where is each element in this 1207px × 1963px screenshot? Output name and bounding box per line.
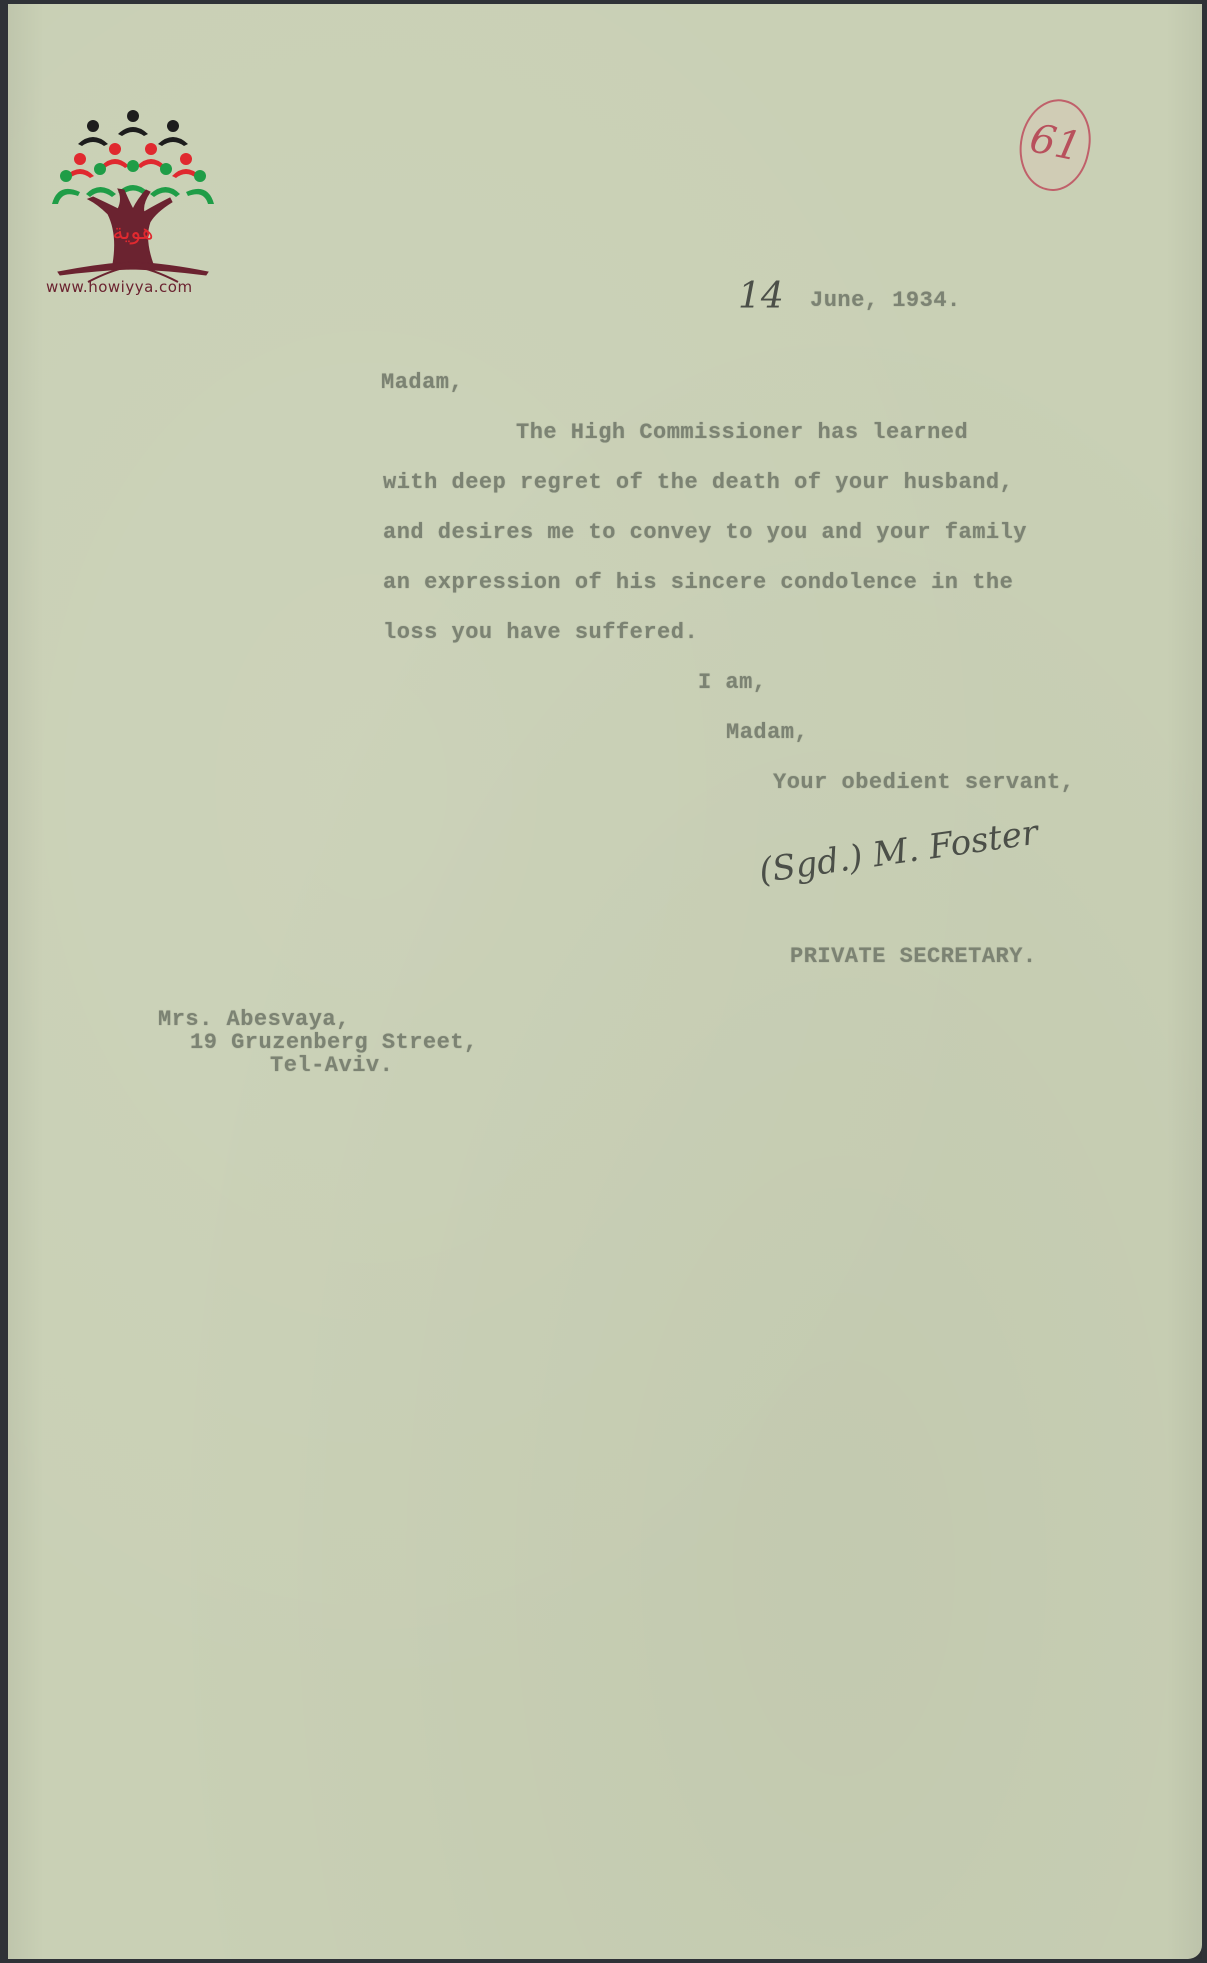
- svg-text:هوية: هوية: [113, 220, 154, 245]
- watermark-url: www.howiyya.com: [46, 278, 193, 296]
- signature: (Sgd.) M. Foster: [757, 813, 1041, 892]
- letter-date: June, 1934.: [810, 288, 961, 313]
- handwritten-day: 14: [738, 276, 784, 317]
- document-page: هوية www.howiyya.com 61 14 June, 1934. M…: [8, 4, 1202, 1959]
- folio-number-stamp: 61: [1011, 93, 1099, 198]
- closing-line: Madam,: [726, 720, 808, 745]
- body-line: with deep regret of the death of your hu…: [383, 470, 1013, 495]
- body-line: and desires me to convey to you and your…: [383, 520, 1027, 545]
- recipient-name: Mrs. Abesvaya,: [158, 1007, 350, 1032]
- signatory-title: PRIVATE SECRETARY.: [790, 944, 1037, 969]
- body-line: The High Commissioner has learned: [516, 420, 968, 445]
- body-line: an expression of his sincere condolence …: [383, 570, 1013, 595]
- body-line: loss you have suffered.: [383, 620, 698, 645]
- recipient-street: 19 Gruzenberg Street,: [190, 1030, 478, 1055]
- howiyya-logo-icon: هوية: [38, 104, 228, 284]
- salutation: Madam,: [381, 370, 463, 395]
- closing-line: Your obedient servant,: [773, 770, 1074, 795]
- recipient-city: Tel-Aviv.: [270, 1053, 393, 1078]
- closing-line: I am,: [698, 670, 767, 695]
